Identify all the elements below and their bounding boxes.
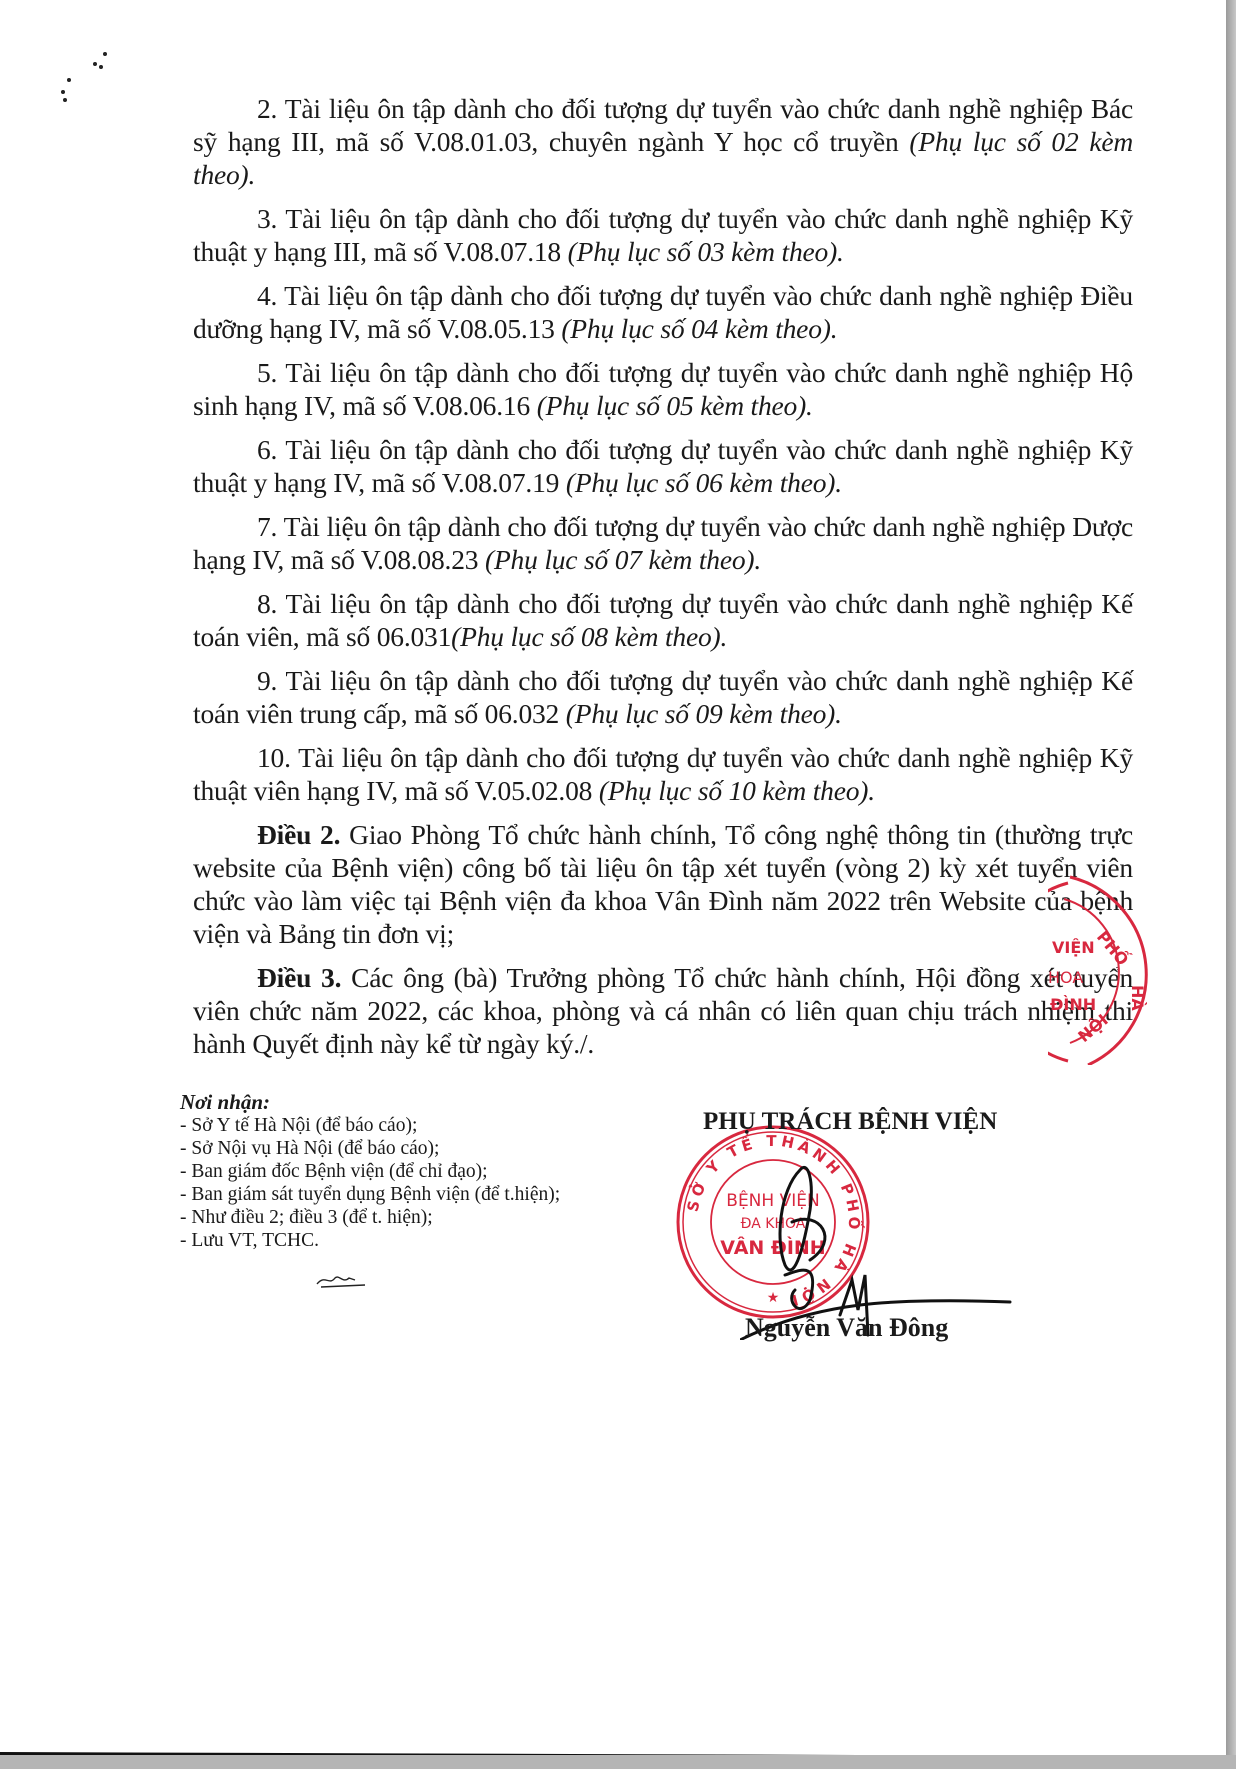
recipient-item: - Ban giám đốc Bệnh viện (để chỉ đạo); — [180, 1160, 560, 1183]
list-item: 2. Tài liệu ôn tập dành cho đối tượng dự… — [193, 92, 1133, 191]
list-item: 3. Tài liệu ôn tập dành cho đối tượng dự… — [193, 202, 1133, 268]
article-2: Điều 2. Giao Phòng Tổ chức hành chính, T… — [193, 818, 1133, 950]
signatory-name: Nguyễn Văn Đông — [745, 1313, 948, 1343]
recipients-block: Nơi nhận: - Sở Y tế Hà Nội (để báo cáo);… — [180, 1091, 560, 1252]
item-number: 10. — [257, 742, 291, 773]
list-item: 6. Tài liệu ôn tập dành cho đối tượng dự… — [193, 433, 1133, 499]
svg-text:PHỐ: PHỐ — [1093, 926, 1134, 969]
recipients-list: - Sở Y tế Hà Nội (để báo cáo);- Sở Nội v… — [180, 1114, 560, 1252]
list-item: 4. Tài liệu ôn tập dành cho đối tượng dự… — [193, 279, 1133, 345]
initial-mark — [315, 1270, 375, 1290]
item-number: 9. — [257, 665, 277, 696]
recipient-item: - Sở Nội vụ Hà Nội (để báo cáo); — [180, 1137, 560, 1160]
recipients-heading: Nơi nhận: — [180, 1091, 560, 1114]
list-item: 9. Tài liệu ôn tập dành cho đối tượng dự… — [193, 664, 1133, 730]
svg-text:HOA: HOA — [1048, 968, 1083, 987]
item-number: 2. — [257, 93, 277, 124]
list-item: 8. Tài liệu ôn tập dành cho đối tượng dự… — [193, 587, 1133, 653]
item-number: 5. — [257, 357, 277, 388]
scan-edge-bottom — [0, 1755, 1236, 1769]
list-item: 10. Tài liệu ôn tập dành cho đối tượng d… — [193, 741, 1133, 807]
article-3: Điều 3. Các ông (bà) Trưởng phòng Tổ chứ… — [193, 961, 1133, 1060]
recipient-item: - Lưu VT, TCHC. — [180, 1229, 560, 1252]
svg-text:HÀ: HÀ — [1128, 985, 1147, 1011]
handwritten-signature — [740, 1150, 1020, 1340]
item-appendix: (Phụ lục số 07 kèm theo). — [485, 544, 761, 575]
item-number: 4. — [257, 280, 277, 311]
recipient-item: - Như điều 2; điều 3 (để t. hiện); — [180, 1206, 560, 1229]
scan-edge-right — [1226, 0, 1236, 1769]
item-number: 6. — [257, 434, 277, 465]
scan-artifact — [55, 40, 135, 100]
stamp-partial-icon: PHỐ VIỆN HOA ĐÌNH HÀ NỘI — [1048, 865, 1236, 1065]
item-appendix: (Phụ lục số 06 kèm theo). — [566, 467, 842, 498]
item-number: 8. — [257, 588, 277, 619]
list-item: 5. Tài liệu ôn tập dành cho đối tượng dự… — [193, 356, 1133, 422]
list-item: 7. Tài liệu ôn tập dành cho đối tượng dự… — [193, 510, 1133, 576]
document-body: 2. Tài liệu ôn tập dành cho đối tượng dự… — [193, 92, 1133, 1071]
recipient-item: - Ban giám sát tuyển dụng Bệnh viện (để … — [180, 1183, 560, 1206]
item-appendix: (Phụ lục số 04 kèm theo). — [561, 313, 837, 344]
recipient-item: - Sở Y tế Hà Nội (để báo cáo); — [180, 1114, 560, 1137]
article-label: Điều 3. — [257, 962, 341, 993]
item-number: 3. — [257, 203, 277, 234]
item-number: 7. — [257, 511, 277, 542]
svg-text:ĐÌNH: ĐÌNH — [1050, 995, 1096, 1014]
item-appendix: (Phụ lục số 10 kèm theo). — [599, 775, 875, 806]
item-appendix: (Phụ lục số 05 kèm theo). — [537, 390, 813, 421]
item-appendix: (Phụ lục số 08 kèm theo). — [451, 621, 727, 652]
article-label: Điều 2. — [257, 819, 340, 850]
item-appendix: (Phụ lục số 03 kèm theo). — [568, 236, 844, 267]
item-appendix: (Phụ lục số 09 kèm theo). — [566, 698, 842, 729]
svg-text:VIỆN: VIỆN — [1052, 937, 1095, 957]
signatory-title: PHỤ TRÁCH BỆNH VIỆN — [703, 1108, 997, 1136]
